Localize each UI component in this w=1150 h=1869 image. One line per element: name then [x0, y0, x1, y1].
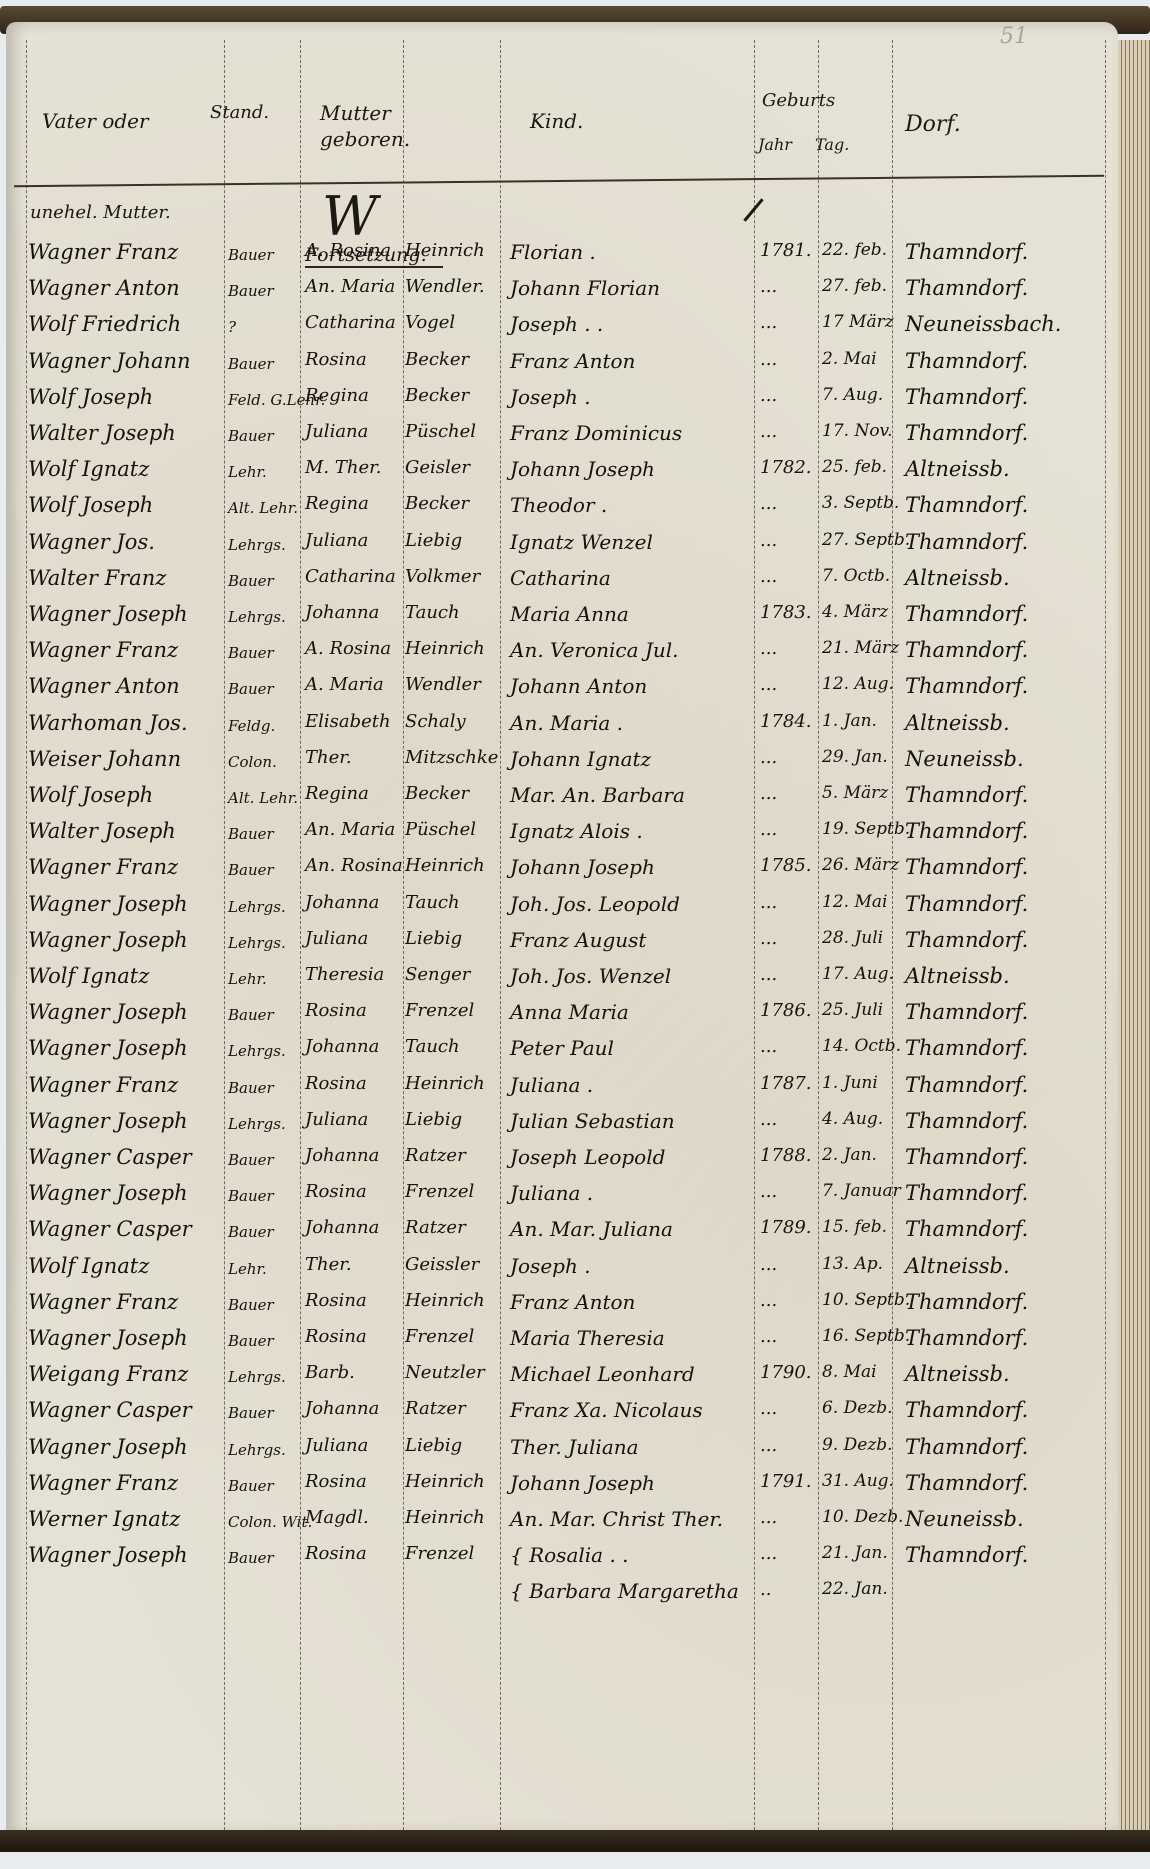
- stand: Colon. Wit.: [228, 1513, 303, 1531]
- mother-maiden-name: Liebig: [405, 928, 505, 949]
- child-name: Maria Theresia: [510, 1326, 760, 1350]
- child-name: Johann Anton: [510, 674, 760, 698]
- birth-day: 13. Ap.: [822, 1254, 900, 1274]
- birth-day: 27. Septb.: [822, 530, 900, 550]
- village: Thamndorf.: [905, 530, 1105, 554]
- child-name: Johann Florian: [510, 276, 760, 300]
- header-birth: Geburts: [762, 88, 835, 114]
- stand: Bauer: [228, 355, 303, 373]
- child-name: Johann Joseph: [510, 855, 760, 879]
- mother-first-name: Rosina: [305, 1471, 405, 1492]
- stand: Feldg.: [228, 717, 303, 735]
- birth-day: 25. Juli: [822, 1000, 900, 1020]
- village: Neuneissb.: [905, 1507, 1105, 1531]
- village: Altneissb.: [905, 566, 1105, 590]
- birth-year: 1787.: [760, 1073, 820, 1094]
- birth-year: ...: [760, 1254, 820, 1275]
- child-name: Ignatz Wenzel: [510, 530, 760, 554]
- father-name: Weiser Johann: [28, 747, 228, 771]
- child-name: Mar. An. Barbara: [510, 783, 760, 807]
- register-row: Wagner FranzBauerAn. RosinaHeinrichJohan…: [0, 855, 1120, 891]
- father-name: Werner Ignatz: [28, 1507, 228, 1531]
- register-row: Wolf IgnatzLehr.Ther.GeisslerJoseph ....…: [0, 1254, 1120, 1290]
- birth-day: 7. Januar: [822, 1181, 900, 1201]
- father-name: Wagner Casper: [28, 1217, 228, 1241]
- page-number: 51: [1000, 24, 1028, 49]
- mother-maiden-name: Heinrich: [405, 1471, 505, 1492]
- mother-first-name: Rosina: [305, 1181, 405, 1202]
- father-name: Walter Joseph: [28, 421, 228, 445]
- birth-day: 15. feb.: [822, 1217, 900, 1237]
- register-row: Wagner CasperBauerJohannaRatzerAn. Mar. …: [0, 1217, 1120, 1253]
- child-name: An. Mar. Christ Ther.: [510, 1507, 760, 1531]
- birth-year: ...: [760, 1181, 820, 1202]
- father-name: Wolf Joseph: [28, 493, 228, 517]
- mother-maiden-name: Tauch: [405, 602, 505, 623]
- mother-first-name: Rosina: [305, 1543, 405, 1564]
- child-name: An. Maria .: [510, 711, 760, 735]
- mother-first-name: Johanna: [305, 602, 405, 623]
- mother-first-name: Catharina: [305, 312, 405, 333]
- birth-year: ...: [760, 1543, 820, 1564]
- village: Thamndorf.: [905, 1217, 1105, 1241]
- birth-year: ...: [760, 1326, 820, 1347]
- birth-day: 9. Dezb.: [822, 1435, 900, 1455]
- mother-first-name: Rosina: [305, 1290, 405, 1311]
- father-name: Wolf Joseph: [28, 385, 228, 409]
- child-name: Joh. Jos. Wenzel: [510, 964, 760, 988]
- register-row: Wagner AntonBauerAn. MariaWendler.Johann…: [0, 276, 1120, 312]
- birth-day: 26. März: [822, 855, 900, 875]
- stand: Lehrgs.: [228, 1368, 303, 1386]
- mother-first-name: Johanna: [305, 1145, 405, 1166]
- birth-year: ...: [760, 566, 820, 587]
- child-name: Johann Ignatz: [510, 747, 760, 771]
- mother-maiden-name: Heinrich: [405, 1507, 505, 1528]
- birth-day: 12. Aug.: [822, 674, 900, 694]
- mother-first-name: Ther.: [305, 747, 405, 768]
- header-mother: Mutter geboren.: [320, 100, 470, 152]
- village: Thamndorf.: [905, 1000, 1105, 1024]
- register-row: Wagner JosephLehrgs.JohannaTauchPeter Pa…: [0, 1036, 1120, 1072]
- father-name: Wagner Franz: [28, 855, 228, 879]
- stand: Bauer: [228, 1187, 303, 1205]
- mother-maiden-name: Schaly: [405, 711, 505, 732]
- register-row: Wolf JosephFeld. G.Lehr.ReginaBeckerJose…: [0, 385, 1120, 421]
- mother-first-name: M. Ther.: [305, 457, 405, 478]
- birth-day: 10. Dezb.: [822, 1507, 900, 1527]
- register-row: Wagner JosephLehrgs.JulianaLiebigTher. J…: [0, 1435, 1120, 1471]
- birth-day: 7. Aug.: [822, 385, 900, 405]
- birth-day: 22. feb.: [822, 240, 900, 260]
- birth-year: ...: [760, 421, 820, 442]
- stand: Bauer: [228, 644, 303, 662]
- child-name: Franz Xa. Nicolaus: [510, 1398, 760, 1422]
- stand: Bauer: [228, 1549, 303, 1567]
- father-name: Wagner Joseph: [28, 602, 228, 626]
- father-name: Wagner Anton: [28, 674, 228, 698]
- village: Thamndorf.: [905, 1435, 1105, 1459]
- birth-day: 2. Mai: [822, 349, 900, 369]
- birth-year: ...: [760, 964, 820, 985]
- child-name: Joseph .: [510, 385, 760, 409]
- father-name: Wagner Joseph: [28, 1435, 228, 1459]
- birth-year: 1785.: [760, 855, 820, 876]
- birth-day: 4. März: [822, 602, 900, 622]
- stand: Lehrgs.: [228, 536, 303, 554]
- birth-day: 27. feb.: [822, 276, 900, 296]
- child-name: { Barbara Margaretha: [510, 1579, 760, 1603]
- stand: Bauer: [228, 572, 303, 590]
- birth-day: 5. März: [822, 783, 900, 803]
- register-row: Wagner JosephBauerRosinaFrenzelJuliana .…: [0, 1181, 1120, 1217]
- birth-day: 22. Jan.: [822, 1579, 900, 1599]
- father-name: Wagner Franz: [28, 1290, 228, 1314]
- page-edges: [1118, 40, 1150, 1840]
- mother-first-name: Rosina: [305, 349, 405, 370]
- mother-maiden-name: Püschel: [405, 819, 505, 840]
- village: Neuneissb.: [905, 747, 1105, 771]
- stand: Alt. Lehr.: [228, 499, 303, 517]
- birth-year: 1789.: [760, 1217, 820, 1238]
- mother-first-name: Barb.: [305, 1362, 405, 1383]
- mother-first-name: Catharina: [305, 566, 405, 587]
- village: Altneissb.: [905, 964, 1105, 988]
- birth-day: 17. Nov.: [822, 421, 900, 441]
- header-child: Kind.: [530, 108, 583, 134]
- mother-maiden-name: Frenzel: [405, 1000, 505, 1021]
- child-name: Joseph Leopold: [510, 1145, 760, 1169]
- register-row: Walter JosephBauerAn. MariaPüschelIgnatz…: [0, 819, 1120, 855]
- father-name: Wagner Joseph: [28, 1543, 228, 1567]
- mother-first-name: Regina: [305, 385, 405, 406]
- birth-day: 31. Aug.: [822, 1471, 900, 1491]
- register-row: Wolf IgnatzLehr.M. Ther.GeislerJohann Jo…: [0, 457, 1120, 493]
- stand: Bauer: [228, 861, 303, 879]
- village: Thamndorf.: [905, 1398, 1105, 1422]
- village: Thamndorf.: [905, 819, 1105, 843]
- village: Altneissb.: [905, 711, 1105, 735]
- birth-year: 1788.: [760, 1145, 820, 1166]
- header-stand: Stand.: [210, 100, 269, 126]
- mother-maiden-name: Liebig: [405, 1435, 505, 1456]
- child-name: Julian Sebastian: [510, 1109, 760, 1133]
- birth-year: ...: [760, 892, 820, 913]
- birth-year: 1781.: [760, 240, 820, 261]
- birth-year: 1783.: [760, 602, 820, 623]
- mother-maiden-name: Senger: [405, 964, 505, 985]
- birth-year: 1786.: [760, 1000, 820, 1021]
- father-name: Wagner Jos.: [28, 530, 228, 554]
- birth-year: 1790.: [760, 1362, 820, 1383]
- village: Thamndorf.: [905, 276, 1105, 300]
- village: Thamndorf.: [905, 638, 1105, 662]
- child-name: Juliana .: [510, 1181, 760, 1205]
- child-name: Michael Leonhard: [510, 1362, 760, 1386]
- mother-maiden-name: Ratzer: [405, 1217, 505, 1238]
- mother-maiden-name: Tauch: [405, 1036, 505, 1057]
- mother-first-name: Rosina: [305, 1000, 405, 1021]
- mother-maiden-name: Vogel: [405, 312, 505, 333]
- register-row: Wagner CasperBauerJohannaRatzerFranz Xa.…: [0, 1398, 1120, 1434]
- village: Thamndorf.: [905, 385, 1105, 409]
- father-name: Wagner Franz: [28, 1471, 228, 1495]
- birth-day: 4. Aug.: [822, 1109, 900, 1129]
- father-name: Wagner Franz: [28, 1073, 228, 1097]
- village: Thamndorf.: [905, 1326, 1105, 1350]
- mother-maiden-name: Ratzer: [405, 1398, 505, 1419]
- child-name: Anna Maria: [510, 1000, 760, 1024]
- child-name: Ther. Juliana: [510, 1435, 760, 1459]
- stand: Lehrgs.: [228, 1115, 303, 1133]
- register-row: Walter FranzBauerCatharinaVolkmerCathari…: [0, 566, 1120, 602]
- register-row: Walter JosephBauerJulianaPüschelFranz Do…: [0, 421, 1120, 457]
- stand: Bauer: [228, 282, 303, 300]
- mother-first-name: Johanna: [305, 892, 405, 913]
- child-name: An. Mar. Juliana: [510, 1217, 760, 1241]
- mother-maiden-name: Heinrich: [405, 638, 505, 659]
- mother-maiden-name: Püschel: [405, 421, 505, 442]
- mother-maiden-name: Becker: [405, 385, 505, 406]
- village: Altneissb.: [905, 1362, 1105, 1386]
- mother-maiden-name: Liebig: [405, 530, 505, 551]
- register-row: { Barbara Margaretha..22. Jan.: [0, 1579, 1120, 1615]
- register-row: Wagner FranzBauerA. RosinaHeinrichFloria…: [0, 240, 1120, 276]
- register-row: Werner IgnatzColon. Wit.Magdl.HeinrichAn…: [0, 1507, 1120, 1543]
- father-name: Warhoman Jos.: [28, 711, 228, 735]
- birth-year: ..: [760, 1579, 820, 1600]
- birth-year: 1791.: [760, 1471, 820, 1492]
- birth-year: ...: [760, 638, 820, 659]
- stand: Colon.: [228, 753, 303, 771]
- mother-first-name: A. Rosina: [305, 240, 405, 261]
- stand: Bauer: [228, 825, 303, 843]
- mother-first-name: Johanna: [305, 1036, 405, 1057]
- village: Thamndorf.: [905, 1145, 1105, 1169]
- stand: Lehr.: [228, 1260, 303, 1278]
- birth-year: ...: [760, 928, 820, 949]
- stand: Lehrgs.: [228, 898, 303, 916]
- child-name: Florian .: [510, 240, 760, 264]
- birth-day: 3. Septb.: [822, 493, 900, 513]
- village: Altneissb.: [905, 1254, 1105, 1278]
- register-row: Wagner JosephBauerRosinaFrenzelMaria The…: [0, 1326, 1120, 1362]
- child-name: Peter Paul: [510, 1036, 760, 1060]
- section-letter: W: [322, 185, 378, 248]
- birth-year: ...: [760, 493, 820, 514]
- book-binding-bottom: [0, 1830, 1150, 1852]
- register-row: Wagner FranzBauerRosinaHeinrichJohann Jo…: [0, 1471, 1120, 1507]
- stand: Lehr.: [228, 970, 303, 988]
- father-name: Wolf Friedrich: [28, 312, 228, 336]
- register-row: Wagner JohannBauerRosinaBeckerFranz Anto…: [0, 349, 1120, 385]
- birth-year: ...: [760, 1109, 820, 1130]
- mother-first-name: Juliana: [305, 530, 405, 551]
- header-father: Vater oder: [42, 108, 149, 134]
- birth-year: ...: [760, 819, 820, 840]
- father-name: Wolf Ignatz: [28, 1254, 228, 1278]
- village: Thamndorf.: [905, 602, 1105, 626]
- register-row: Wagner JosephBauerRosinaFrenzelAnna Mari…: [0, 1000, 1120, 1036]
- stand: Bauer: [228, 1151, 303, 1169]
- register-row: Wagner JosephLehrgs.JulianaLiebigJulian …: [0, 1109, 1120, 1145]
- birth-year: ...: [760, 783, 820, 804]
- birth-year: ...: [760, 530, 820, 551]
- mother-first-name: Rosina: [305, 1073, 405, 1094]
- child-name: { Rosalia . .: [510, 1543, 760, 1567]
- birth-year: ...: [760, 1507, 820, 1528]
- father-name: Wolf Ignatz: [28, 964, 228, 988]
- child-name: An. Veronica Jul.: [510, 638, 760, 662]
- mother-first-name: Elisabeth: [305, 711, 405, 732]
- mother-maiden-name: Becker: [405, 783, 505, 804]
- village: Thamndorf.: [905, 928, 1105, 952]
- mother-first-name: An. Rosina: [305, 855, 405, 876]
- stand: Feld. G.Lehr.: [228, 391, 303, 409]
- mother-maiden-name: Geissler: [405, 1254, 505, 1275]
- mother-first-name: Johanna: [305, 1398, 405, 1419]
- stand: Bauer: [228, 1477, 303, 1495]
- father-name: Wagner Casper: [28, 1145, 228, 1169]
- mother-maiden-name: Neutzler: [405, 1362, 505, 1383]
- stand: Bauer: [228, 1006, 303, 1024]
- mother-maiden-name: Mitzschke: [405, 747, 505, 768]
- child-name: Ignatz Alois .: [510, 819, 760, 843]
- birth-day: 19. Septb.: [822, 819, 900, 839]
- register-row: Weiser JohannColon.Ther.MitzschkeJohann …: [0, 747, 1120, 783]
- mother-first-name: Theresia: [305, 964, 405, 985]
- father-name: Wagner Joseph: [28, 892, 228, 916]
- village: Neuneissbach.: [905, 312, 1105, 336]
- register-row: Wagner JosephLehrgs.JohannaTauchMaria An…: [0, 602, 1120, 638]
- register-row: Weigang FranzLehrgs.Barb.NeutzlerMichael…: [0, 1362, 1120, 1398]
- village: Thamndorf.: [905, 1471, 1105, 1495]
- birth-day: 10. Septb.: [822, 1290, 900, 1310]
- mother-maiden-name: Heinrich: [405, 1290, 505, 1311]
- child-name: Johann Joseph: [510, 457, 760, 481]
- mother-maiden-name: Becker: [405, 493, 505, 514]
- birth-day: 1. Juni: [822, 1073, 900, 1093]
- mother-maiden-name: Heinrich: [405, 855, 505, 876]
- register-row: Wagner FranzBauerA. RosinaHeinrichAn. Ve…: [0, 638, 1120, 674]
- mother-maiden-name: Wendler: [405, 674, 505, 695]
- village: Thamndorf.: [905, 892, 1105, 916]
- child-name: Franz Anton: [510, 349, 760, 373]
- birth-day: 21. Jan.: [822, 1543, 900, 1563]
- birth-year: ...: [760, 385, 820, 406]
- birth-day: 29. Jan.: [822, 747, 900, 767]
- father-name: Wagner Franz: [28, 240, 228, 264]
- birth-day: 12. Mai: [822, 892, 900, 912]
- father-name: Wagner Anton: [28, 276, 228, 300]
- father-name: Wagner Joseph: [28, 1000, 228, 1024]
- register-row: Wagner JosephBauerRosinaFrenzel{ Rosalia…: [0, 1543, 1120, 1579]
- child-name: Theodor .: [510, 493, 760, 517]
- stand: Lehr.: [228, 463, 303, 481]
- mother-first-name: Johanna: [305, 1217, 405, 1238]
- birth-day: 28. Juli: [822, 928, 900, 948]
- birth-day: 17. Aug.: [822, 964, 900, 984]
- mother-first-name: Juliana: [305, 1109, 405, 1130]
- mother-first-name: Magdl.: [305, 1507, 405, 1528]
- register-row: Wagner AntonBauerA. MariaWendlerJohann A…: [0, 674, 1120, 710]
- mother-maiden-name: Geisler: [405, 457, 505, 478]
- mother-first-name: A. Rosina: [305, 638, 405, 659]
- child-name: Franz Anton: [510, 1290, 760, 1314]
- mother-maiden-name: Frenzel: [405, 1181, 505, 1202]
- mother-first-name: Regina: [305, 493, 405, 514]
- father-name: Wagner Franz: [28, 638, 228, 662]
- birth-day: 25. feb.: [822, 457, 900, 477]
- stand: Alt. Lehr.: [228, 789, 303, 807]
- child-name: Joh. Jos. Leopold: [510, 892, 760, 916]
- register-row: Wolf JosephAlt. Lehr.ReginaBeckerTheodor…: [0, 493, 1120, 529]
- stand: Bauer: [228, 680, 303, 698]
- mother-maiden-name: Ratzer: [405, 1145, 505, 1166]
- mother-first-name: An. Maria: [305, 276, 405, 297]
- mother-first-name: Juliana: [305, 421, 405, 442]
- birth-year: ...: [760, 349, 820, 370]
- father-name: Wagner Joseph: [28, 1109, 228, 1133]
- birth-day: 6. Dezb.: [822, 1398, 900, 1418]
- birth-year: 1782.: [760, 457, 820, 478]
- stand: Lehrgs.: [228, 934, 303, 952]
- register-row: Wagner JosephLehrgs.JohannaTauchJoh. Jos…: [0, 892, 1120, 928]
- register-row: Wagner JosephLehrgs.JulianaLiebigFranz A…: [0, 928, 1120, 964]
- mother-maiden-name: Frenzel: [405, 1543, 505, 1564]
- register-row: Wagner Jos.Lehrgs.JulianaLiebigIgnatz We…: [0, 530, 1120, 566]
- register-row: Warhoman Jos.Feldg.ElisabethSchalyAn. Ma…: [0, 711, 1120, 747]
- mother-maiden-name: Heinrich: [405, 240, 505, 261]
- register-row: Wagner CasperBauerJohannaRatzerJoseph Le…: [0, 1145, 1120, 1181]
- birth-year: 1784.: [760, 711, 820, 732]
- village: Thamndorf.: [905, 1543, 1105, 1567]
- father-name: Wagner Joseph: [28, 1036, 228, 1060]
- mother-first-name: An. Maria: [305, 819, 405, 840]
- child-name: Franz Dominicus: [510, 421, 760, 445]
- birth-day: 1. Jan.: [822, 711, 900, 731]
- stand: Lehrgs.: [228, 1441, 303, 1459]
- birth-day: 17 März: [822, 312, 900, 332]
- child-name: Catharina: [510, 566, 760, 590]
- birth-day: 8. Mai: [822, 1362, 900, 1382]
- father-name: Walter Franz: [28, 566, 228, 590]
- birth-year: ...: [760, 1398, 820, 1419]
- mother-first-name: Regina: [305, 783, 405, 804]
- child-name: Johann Joseph: [510, 1471, 760, 1495]
- birth-day: 16. Septb.: [822, 1326, 900, 1346]
- child-name: Joseph . .: [510, 312, 760, 336]
- register-row: Wolf IgnatzLehr.TheresiaSengerJoh. Jos. …: [0, 964, 1120, 1000]
- father-name: Wagner Casper: [28, 1398, 228, 1422]
- father-name: Wolf Ignatz: [28, 457, 228, 481]
- mother-first-name: Ther.: [305, 1254, 405, 1275]
- village: Thamndorf.: [905, 421, 1105, 445]
- village: Thamndorf.: [905, 1181, 1105, 1205]
- mother-maiden-name: Tauch: [405, 892, 505, 913]
- header-day: Tag.: [815, 132, 849, 158]
- father-name: Weigang Franz: [28, 1362, 228, 1386]
- village: Thamndorf.: [905, 674, 1105, 698]
- father-name: Wagner Joseph: [28, 1181, 228, 1205]
- mother-first-name: Juliana: [305, 1435, 405, 1456]
- stand: Bauer: [228, 1296, 303, 1314]
- header-father-note: unehel. Mutter.: [30, 200, 171, 226]
- mother-maiden-name: Heinrich: [405, 1073, 505, 1094]
- birth-day: 21. März: [822, 638, 900, 658]
- birth-year: ...: [760, 312, 820, 333]
- birth-year: ...: [760, 1435, 820, 1456]
